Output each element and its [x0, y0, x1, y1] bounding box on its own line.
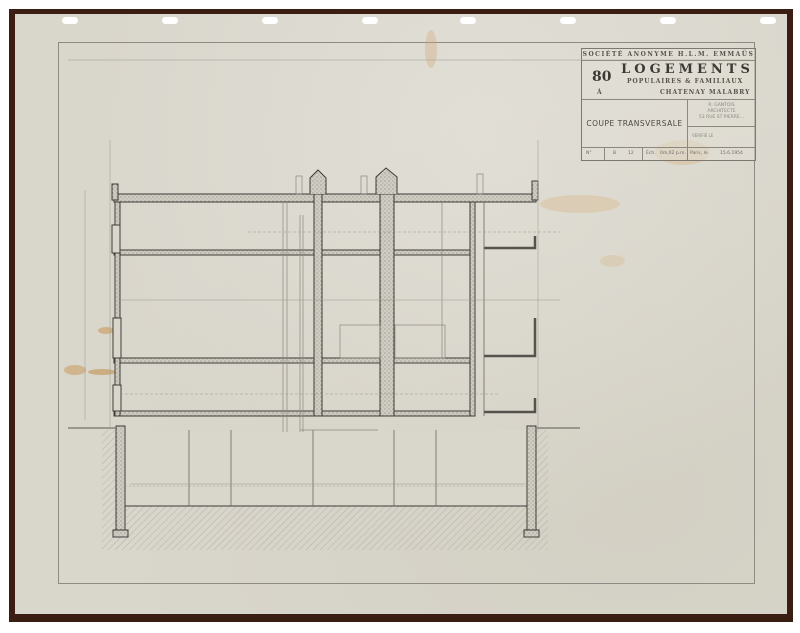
basement-wall-right — [527, 426, 536, 532]
floor-slab-3 — [114, 250, 471, 255]
basement-wall-left — [116, 426, 125, 532]
chimney-shaft-1 — [314, 194, 322, 416]
chimney-shaft-2 — [380, 194, 394, 416]
floor-slab-2 — [114, 358, 471, 363]
roof-slab — [114, 194, 536, 202]
cross-section-drawing — [0, 0, 800, 633]
floor-slab-1 — [114, 411, 471, 416]
facade-right — [470, 202, 475, 416]
